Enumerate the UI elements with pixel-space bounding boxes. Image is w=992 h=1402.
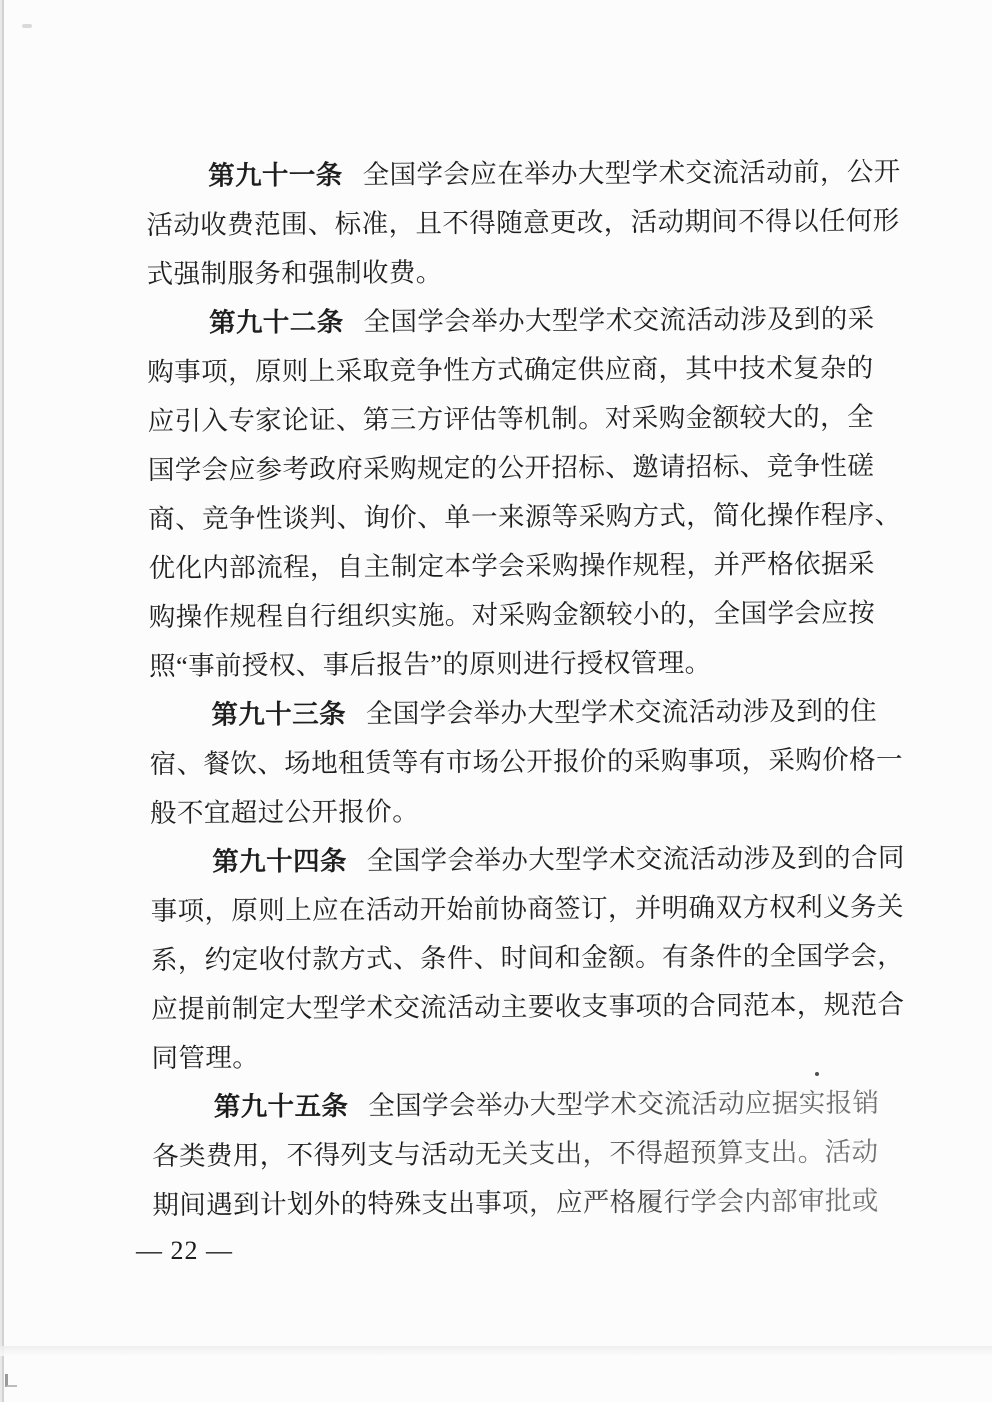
article-number-heading: 第九十三条: [211, 699, 346, 730]
line-text: 式强制服务和强制收费。: [147, 257, 443, 289]
line-text: 事项，原则上应在活动开始前协商签订，并明确双方权利义务关: [151, 891, 904, 926]
line-text: 活动收费范围、标准，且不得随意更改，活动期间不得以任何形: [146, 205, 899, 240]
article-number-heading: 第九十四条: [212, 846, 347, 877]
text-line: 第九十二条全国学会举办大型学术交流活动涉及到的采: [147, 294, 907, 348]
line-text: 应提前制定大型学术交流活动主要收支事项的合同范本，规范合: [151, 989, 904, 1024]
scan-speck: [22, 24, 32, 28]
text-line: 第九十五条全国学会举办大型学术交流活动应据实报销: [152, 1078, 912, 1132]
line-text: 系，约定收付款方式、条件、时间和金额。有条件的全国学会，: [151, 940, 904, 975]
text-line: 第九十四条全国学会举办大型学术交流活动涉及到的合同: [150, 833, 910, 887]
article-number-heading: 第九十五条: [214, 1091, 349, 1122]
line-text: 商、竞争性谈判、询价、单一来源等采购方式，简化操作程序、: [148, 499, 901, 534]
text-line: 般不宜超过公开报价。: [150, 784, 910, 838]
line-text: 照“事前授权、事后报告”的原则进行授权管理。: [149, 648, 712, 681]
article-number-heading: 第九十二条: [209, 307, 344, 338]
line-text: 购事项，原则上采取竞争性方式确定供应商，其中技术复杂的: [147, 353, 873, 387]
text-line: 活动收费范围、标准，且不得随意更改，活动期间不得以任何形: [146, 196, 906, 250]
text-line: 照“事前授权、事后报告”的原则进行授权管理。: [149, 637, 909, 691]
text-line: 同管理。: [151, 1029, 911, 1083]
page-number: — 22 —: [136, 1236, 233, 1266]
text-line: 第九十三条全国学会举办大型学术交流活动涉及到的住: [149, 686, 909, 740]
article-number-heading: 第九十一条: [208, 160, 343, 191]
line-text: 购操作规程自行组织实施。对采购金额较小的，全国学会应按: [149, 598, 875, 632]
line-text: 全国学会举办大型学术交流活动涉及到的合同: [367, 842, 905, 875]
text-line: 优化内部流程，自主制定本学会采购操作规程，并严格依据采: [148, 539, 908, 593]
line-text: 全国学会举办大型学术交流活动应据实报销: [368, 1088, 879, 1121]
line-text: 全国学会举办大型学术交流活动涉及到的住: [366, 696, 877, 729]
text-line: 应引入专家论证、第三方评估等机制。对采购金额较大的，全: [147, 392, 907, 446]
scan-edge-line: [2, 0, 4, 1402]
text-line: 第九十一条全国学会应在举办大型学术交流活动前，公开: [146, 147, 906, 201]
scan-bottom-shadow: [0, 1346, 992, 1356]
text-line: 商、竞争性谈判、询价、单一来源等采购方式，简化操作程序、: [148, 490, 908, 544]
line-text: 同管理。: [151, 1042, 259, 1073]
scan-speck: [815, 1072, 819, 1076]
text-line: 期间遇到计划外的特殊支出事项，应严格履行学会内部审批或: [152, 1176, 912, 1230]
text-line: 各类费用，不得列支与活动无关支出，不得超预算支出。活动: [152, 1127, 912, 1181]
text-line: 系，约定收付款方式、条件、时间和金额。有条件的全国学会，: [151, 931, 911, 985]
line-text: 般不宜超过公开报价。: [150, 796, 419, 828]
line-text: 全国学会举办大型学术交流活动涉及到的采: [363, 304, 874, 337]
line-text: 期间遇到计划外的特殊支出事项，应严格履行学会内部审批或: [152, 1186, 878, 1220]
line-text: 全国学会应在举办大型学术交流活动前，公开: [363, 156, 901, 189]
line-text: 各类费用，不得列支与活动无关支出，不得超预算支出。活动: [152, 1137, 878, 1171]
document-body: 第九十一条全国学会应在举办大型学术交流活动前，公开活动收费范围、标准，且不得随意…: [146, 147, 913, 1230]
text-line: 事项，原则上应在活动开始前协商签订，并明确双方权利义务关: [150, 882, 910, 936]
text-line: 购操作规程自行组织实施。对采购金额较小的，全国学会应按: [149, 588, 909, 642]
line-text: 优化内部流程，自主制定本学会采购操作规程，并严格依据采: [148, 549, 874, 583]
scanned-page: 第九十一条全国学会应在举办大型学术交流活动前，公开活动收费范围、标准，且不得随意…: [0, 0, 992, 1402]
text-line: 国学会应参考政府采购规定的公开招标、邀请招标、竞争性磋: [148, 441, 908, 495]
line-text: 应引入专家论证、第三方评估等机制。对采购金额较大的，全: [148, 402, 874, 436]
scan-corner-mark: [5, 1374, 17, 1387]
line-text: 国学会应参考政府采购规定的公开招标、邀请招标、竞争性磋: [148, 451, 874, 485]
line-text: 宿、餐饮、场地租赁等有市场公开报价的采购事项，采购价格一: [150, 744, 903, 779]
text-line: 应提前制定大型学术交流活动主要收支事项的合同范本，规范合: [151, 980, 911, 1034]
text-line: 购事项，原则上采取竞争性方式确定供应商，其中技术复杂的: [147, 343, 907, 397]
text-line: 式强制服务和强制收费。: [147, 245, 907, 299]
text-line: 宿、餐饮、场地租赁等有市场公开报价的采购事项，采购价格一: [150, 735, 910, 789]
